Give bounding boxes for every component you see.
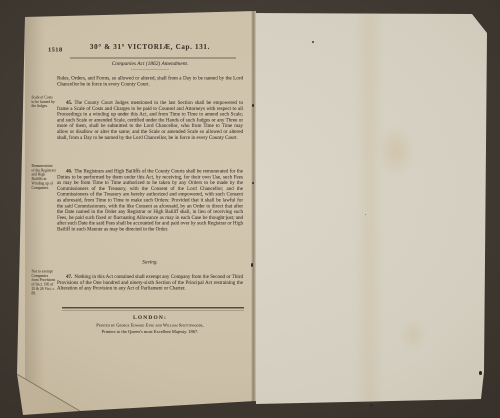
page-edge-shadow — [251, 11, 256, 403]
ink-speck — [370, 404, 373, 406]
section-46-margin-note: Remuneration of the Registrars and High … — [32, 164, 57, 190]
ink-speck — [251, 263, 253, 267]
ink-speck — [252, 182, 254, 184]
imprint-year-line: Printers to the Queen’s most Excellent M… — [57, 329, 243, 334]
act-running-title: Companies Act (1862) Amendment. — [57, 61, 243, 67]
section-47-paragraph: 47.Nothing in this Act contained shall e… — [57, 274, 243, 291]
section-45-number: 45. — [66, 100, 74, 106]
ink-speck — [252, 104, 254, 107]
volume-chapter-title: 30° & 31° VICTORIÆ, Cap. 131. — [57, 44, 243, 52]
foxing-spot — [312, 41, 314, 43]
section-47-margin-note: Not to exempt Companies from Provisions … — [32, 270, 57, 296]
section-46-paragraph: 46.The Registrars and High Bailiffs of t… — [57, 169, 243, 233]
ink-speck — [479, 371, 482, 375]
section-45-paragraph: 45.The County Court Judges mentioned in … — [57, 100, 243, 141]
pencil-annotation — [220, 213, 238, 222]
section-46-number: 46. — [66, 169, 74, 175]
imprint-place: LONDON: — [57, 315, 243, 321]
header-rule — [70, 58, 236, 59]
foxing-stain — [400, 320, 426, 350]
section-47-number: 47. — [66, 274, 74, 280]
book-photograph: 1518 30° & 31° VICTORIÆ, Cap. 131. Compa… — [0, 0, 500, 418]
section-47-text: Nothing in this Act contained shall exem… — [57, 274, 243, 291]
foxing-stain — [378, 126, 414, 176]
section-45-text: The County Court Judges mentioned in the… — [57, 100, 243, 140]
section-45-margin-note: Scale of Costs to be framed by the Judge… — [32, 96, 57, 109]
imprint-rule-thick — [62, 307, 244, 308]
section-46-text: The Registrars and High Bailiffs of the … — [57, 169, 243, 232]
imprint-printer-line: Printed by George Edward Eyre and Willia… — [57, 323, 243, 328]
subtitle-rule — [131, 70, 169, 71]
saving-heading: Saving. — [57, 260, 243, 266]
stain-band — [355, 14, 383, 402]
imprint-rule-thin — [62, 311, 244, 312]
continuation-paragraph: Rules, Orders, and Forms, so allowed or … — [57, 76, 243, 88]
